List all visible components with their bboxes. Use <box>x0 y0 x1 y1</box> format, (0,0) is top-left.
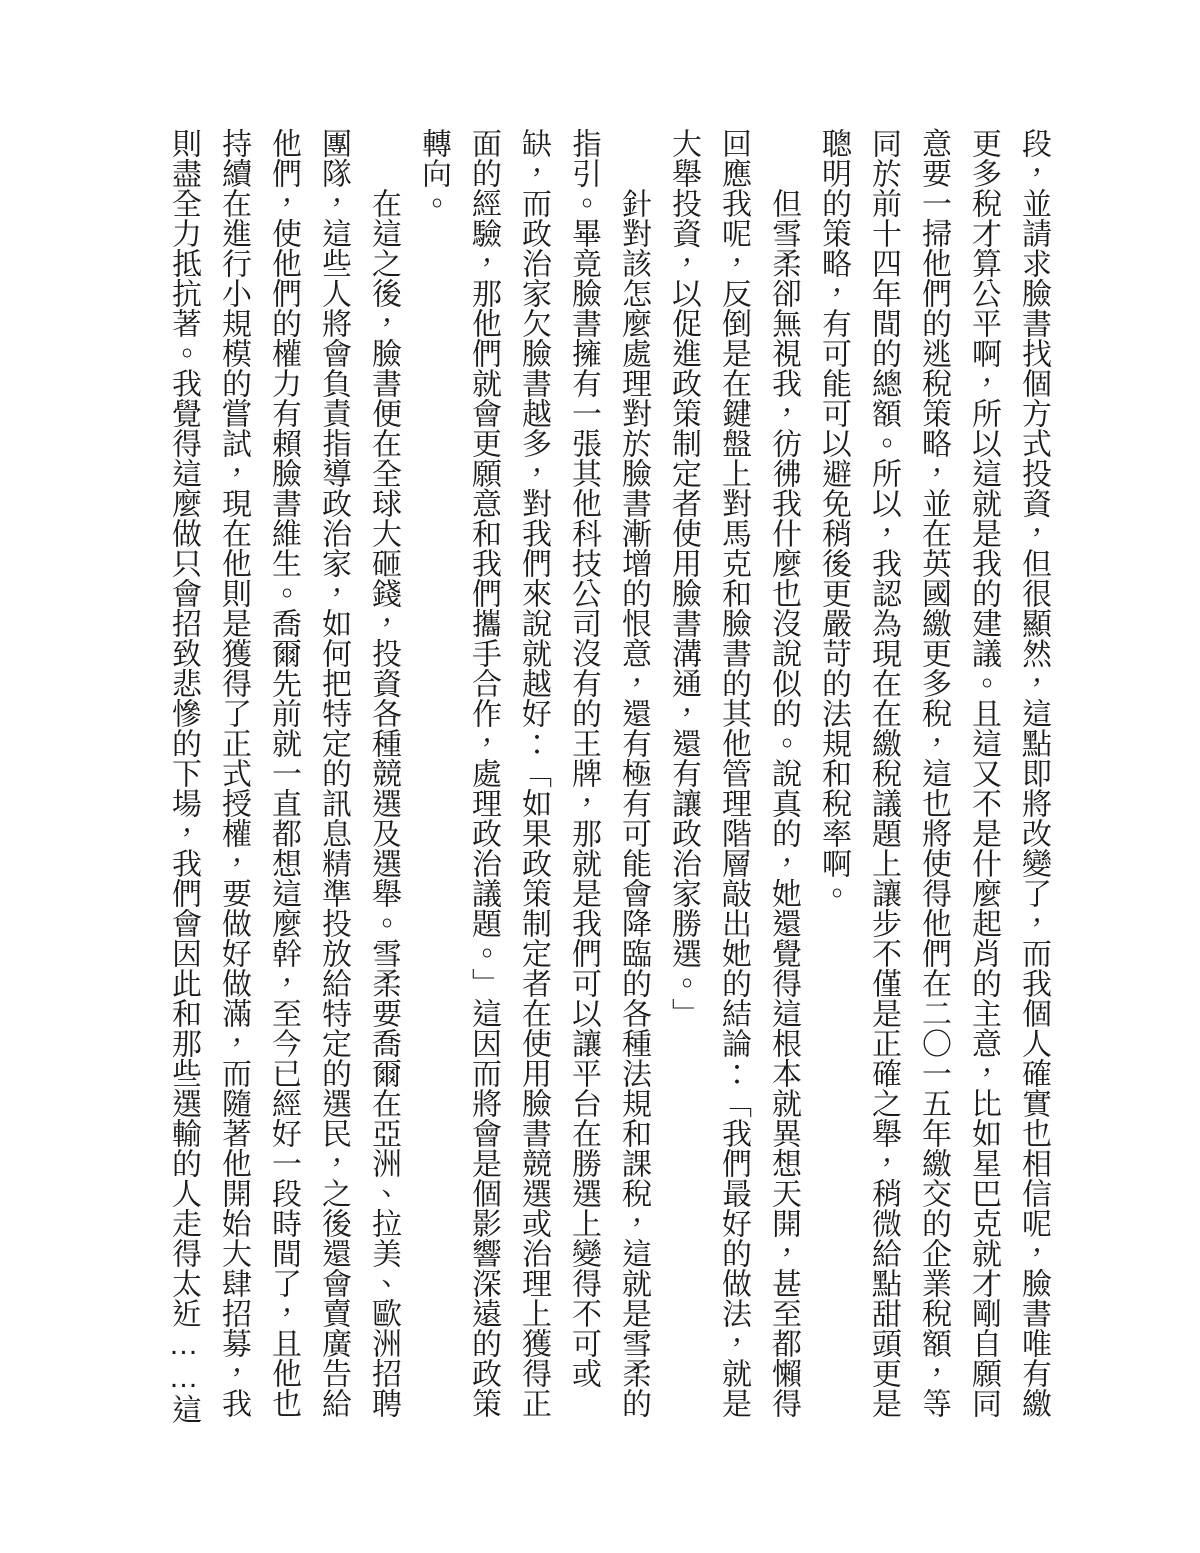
paragraph-continuation: 段，並請求臉書找個方式投資，但很顯然，這點即將改變了，而我個人確實也相信呢，臉書… <box>808 128 1058 1430</box>
paragraph: 針對該怎麼處理對於臉書漸增的恨意，還有極有可能會降臨的各種法規和課稅，這就是雪柔… <box>408 128 658 1430</box>
paragraph: 但雪柔卻無視我，彷彿我什麼也沒說似的。說真的，她還覺得這根本就異想天開，甚至都懶… <box>658 128 808 1430</box>
paragraph: 在這之後，臉書便在全球大砸錢，投資各種競選及選舉。雪柔要喬爾在亞洲、拉美、歐洲招… <box>158 128 408 1430</box>
book-page: 段，並請求臉書找個方式投資，但很顯然，這點即將改變了，而我個人確實也相信呢，臉書… <box>0 0 1200 1553</box>
vertical-text-block: 段，並請求臉書找個方式投資，但很顯然，這點即將改變了，而我個人確實也相信呢，臉書… <box>158 128 1058 1430</box>
